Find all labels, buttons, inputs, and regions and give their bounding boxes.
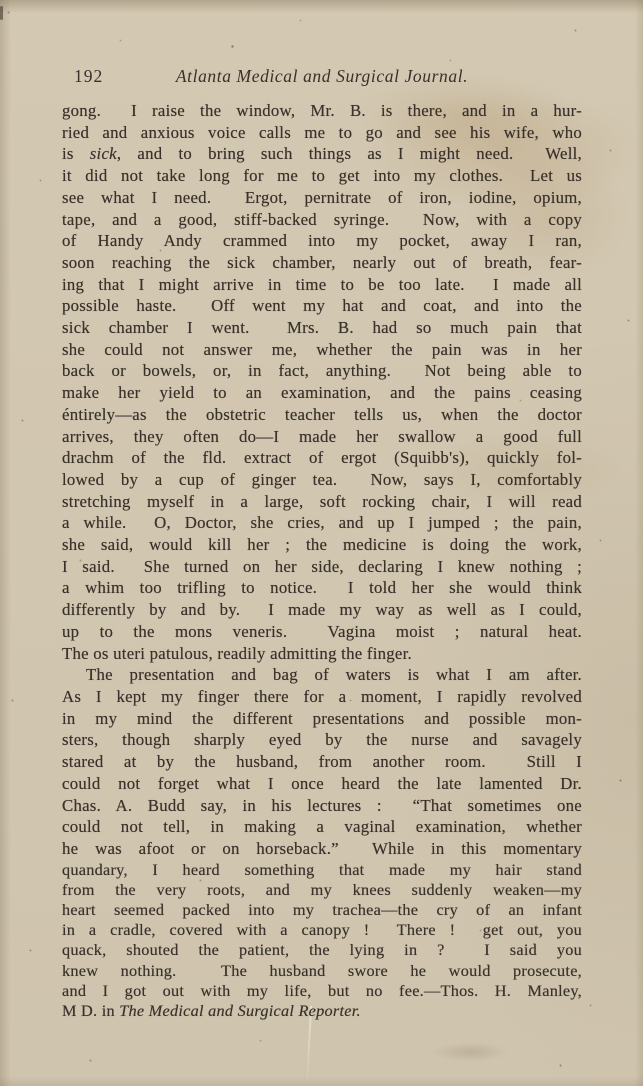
text-line: of Handy Andy crammed into my pocket, aw… <box>62 230 582 252</box>
text-line: The os uteri patulous, readily admitting… <box>62 643 582 665</box>
text-segment: a while. O, Doctor, she cries, and up I … <box>62 513 582 532</box>
text-segment: tape, and a good, stiff-backed syringe. … <box>62 210 582 229</box>
text-segment: quack, shouted the patient, the lying in… <box>62 940 582 959</box>
text-line: stared at by the husband, from another r… <box>62 751 582 773</box>
text-line: a whim too trifling to notice. I told he… <box>62 577 582 599</box>
text-segment: soon reaching the sick chamber, nearly o… <box>62 253 582 272</box>
page-edge-mark <box>0 6 3 20</box>
running-title: Atlanta Medical and Surgical Journal. <box>62 66 582 87</box>
text-line: from the very roots, and my knees sudden… <box>62 880 582 900</box>
text-segment: stared at by the husband, from another r… <box>62 752 582 771</box>
text-line: sters, though sharply eyed by the nurse … <box>62 729 582 751</box>
paragraph-block: gong. I raise the window, Mr. B. is ther… <box>62 100 582 664</box>
text-line: stretching myself in a large, soft rocki… <box>62 491 582 513</box>
text-segment: As I kept my finger there for a moment, … <box>62 687 582 706</box>
text-segment: lowed by a cup of ginger tea. Now, says … <box>62 470 582 489</box>
text-segment: ried and anxious voice calls me to go an… <box>62 123 582 142</box>
text-segment: gong. I raise the window, Mr. B. is ther… <box>62 101 582 120</box>
text-line: see what I need. Ergot, pernitrate of ir… <box>62 187 582 209</box>
paragraph-block: The presentation and bag of waters is wh… <box>62 664 582 859</box>
text-segment: knew nothing. The husband swore he would… <box>62 961 582 980</box>
text-line: tape, and a good, stiff-backed syringe. … <box>62 209 582 231</box>
text-line: in my mind the different presentations a… <box>62 708 582 730</box>
text-segment: heart seemed packed into my trachea—the … <box>62 900 582 919</box>
text-segment: The presentation and bag of waters is wh… <box>86 665 582 684</box>
text-segment: she said, would kill her ; the medicine … <box>62 535 582 554</box>
text-segment: of Handy Andy crammed into my pocket, aw… <box>62 231 582 250</box>
text-segment: it did not take long for me to get into … <box>62 166 582 185</box>
text-segment: éntirely—as the obstetric teacher tells … <box>62 405 582 424</box>
text-segment: in a cradle, covered with a canopy ! The… <box>62 920 582 939</box>
text-line: she could not answer me, whether the pai… <box>62 339 582 361</box>
text-line: arrives, they often do—I made her swallo… <box>62 426 582 448</box>
text-line: could not tell, in making a vaginal exam… <box>62 816 582 838</box>
text-line: differently by and by. I made my way as … <box>62 599 582 621</box>
text-line: a while. O, Doctor, she cries, and up I … <box>62 512 582 534</box>
text-line: it did not take long for me to get into … <box>62 165 582 187</box>
text-line: Chas. A. Budd say, in his lectures : “Th… <box>62 795 582 817</box>
text-segment: a whim too trifling to notice. I told he… <box>62 578 582 597</box>
text-line: and I got out with my life, but no fee.—… <box>62 981 582 1001</box>
text-line: is sick, and to bring such things as I m… <box>62 143 582 165</box>
text-line: quandary, I heard something that made my… <box>62 860 582 880</box>
text-segment: possible haste. Off went my hat and coat… <box>62 296 582 315</box>
text-segment: could not forget what I once heard the l… <box>62 774 582 793</box>
text-segment: I said. She turned on her side, declarin… <box>62 557 582 576</box>
text-segment: he was afoot or on horseback.” While in … <box>62 839 582 858</box>
text-line: up to the mons veneris. Vagina moist ; n… <box>62 621 582 643</box>
text-line: possible haste. Off went my hat and coat… <box>62 295 582 317</box>
text-line: ing that I might arrive in time to be to… <box>62 274 582 296</box>
text-line: back or bowels, or, in fact, anything. N… <box>62 360 582 382</box>
text-segment: she could not answer me, whether the pai… <box>62 340 582 359</box>
text-line: éntirely—as the obstetric teacher tells … <box>62 404 582 426</box>
text-line: sick chamber I went. Mrs. B. had so much… <box>62 317 582 339</box>
text-segment: make her yield to an examination, and th… <box>62 383 582 402</box>
text-line: in a cradle, covered with a canopy ! The… <box>62 920 582 940</box>
text-segment: sick chamber I went. Mrs. B. had so much… <box>62 318 582 337</box>
page-number: 192 <box>74 66 103 87</box>
text-segment: sters, though sharply eyed by the nurse … <box>62 730 582 749</box>
text-line: As I kept my finger there for a moment, … <box>62 686 582 708</box>
text-line: lowed by a cup of ginger tea. Now, says … <box>62 469 582 491</box>
text-segment: drachm of the fld. extract of ergot (Squ… <box>62 448 582 467</box>
text-segment: up to the mons veneris. Vagina moist ; n… <box>62 622 582 641</box>
text-line: she said, would kill her ; the medicine … <box>62 534 582 556</box>
text-segment: from the very roots, and my knees sudden… <box>62 880 582 899</box>
text-line: ried and anxious voice calls me to go an… <box>62 122 582 144</box>
text-line: M D. in The Medical and Surgical Reporte… <box>62 1001 582 1021</box>
page-header: 192 Atlanta Medical and Surgical Journal… <box>62 66 582 90</box>
text-line: could not forget what I once heard the l… <box>62 773 582 795</box>
text-line: knew nothing. The husband swore he would… <box>62 961 582 981</box>
text-segment: arrives, they often do—I made her swallo… <box>62 427 582 446</box>
italic-text: The Medical and Surgical Reporter. <box>119 1001 361 1020</box>
text-line: soon reaching the sick chamber, nearly o… <box>62 252 582 274</box>
text-segment: is <box>62 144 90 163</box>
text-line: make her yield to an examination, and th… <box>62 382 582 404</box>
text-line: The presentation and bag of waters is wh… <box>62 664 582 686</box>
text-line: heart seemed packed into my trachea—the … <box>62 900 582 920</box>
text-segment: M D. in <box>62 1001 119 1020</box>
italic-text: sick <box>90 144 117 163</box>
page-body: gong. I raise the window, Mr. B. is ther… <box>62 100 582 1021</box>
text-line: drachm of the fld. extract of ergot (Squ… <box>62 447 582 469</box>
text-segment: and I got out with my life, but no fee.—… <box>62 981 582 1000</box>
paragraph-block: quandary, I heard something that made my… <box>62 860 582 1022</box>
text-segment: The os uteri patulous, readily admitting… <box>62 644 412 663</box>
text-line: gong. I raise the window, Mr. B. is ther… <box>62 100 582 122</box>
text-line: I said. She turned on her side, declarin… <box>62 556 582 578</box>
text-segment: stretching myself in a large, soft rocki… <box>62 492 582 511</box>
text-segment: Chas. A. Budd say, in his lectures : “Th… <box>62 796 582 815</box>
text-segment: quandary, I heard something that made my… <box>62 860 582 879</box>
text-segment: differently by and by. I made my way as … <box>62 600 582 619</box>
text-segment: in my mind the different presentations a… <box>62 709 582 728</box>
text-segment: , and to bring such things as I might ne… <box>117 144 582 163</box>
text-line: he was afoot or on horseback.” While in … <box>62 838 582 860</box>
text-segment: see what I need. Ergot, pernitrate of ir… <box>62 188 582 207</box>
text-segment: ing that I might arrive in time to be to… <box>62 275 582 294</box>
text-line: quack, shouted the patient, the lying in… <box>62 940 582 960</box>
text-segment: could not tell, in making a vaginal exam… <box>62 817 582 836</box>
paper-speckles <box>0 0 1 1</box>
journal-page: 192 Atlanta Medical and Surgical Journal… <box>0 0 643 1086</box>
text-segment: back or bowels, or, in fact, anything. N… <box>62 361 582 380</box>
